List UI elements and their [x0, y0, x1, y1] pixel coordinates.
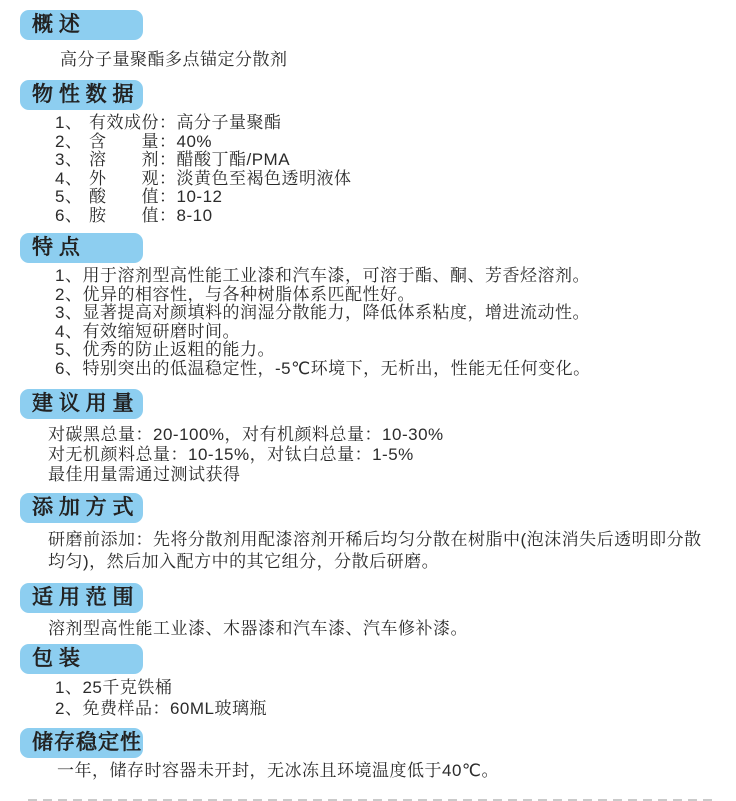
section-header-properties: 物 性 数 据: [20, 80, 143, 110]
section-header-overview: 概 述: [20, 10, 143, 40]
dosage-line: 对无机颜料总量：10-15%，对钛白总量：1-5%: [48, 445, 736, 465]
property-number: 5、: [55, 188, 89, 207]
section-header-packaging: 包 装: [20, 644, 143, 674]
addition-method-text: 研磨前添加：先将分散剂用配漆溶剂开稀后均匀分散在树脂中(泡沫消失后透明即分散 均…: [48, 529, 736, 573]
feature-item: 6、特别突出的低温稳定性，-5℃环境下，无析出，性能无任何变化。: [55, 360, 736, 379]
property-number: 4、: [55, 170, 89, 189]
property-value: 8-10: [177, 206, 213, 225]
property-label: 酸值: [89, 188, 159, 207]
property-row: 3、溶剂：醋酸丁酯/PMA: [55, 151, 736, 170]
property-colon: ：: [159, 113, 177, 132]
addition-line: 研磨前添加：先将分散剂用配漆溶剂开稀后均匀分散在树脂中(泡沫消失后透明即分散: [48, 529, 736, 551]
property-label: 溶剂: [89, 151, 159, 170]
section-header-features: 特 点: [20, 233, 143, 263]
section-header-application-range: 适 用 范 围: [20, 583, 143, 613]
section-header-dosage: 建 议 用 量: [20, 389, 143, 419]
property-colon: ：: [159, 206, 177, 225]
property-colon: ：: [159, 169, 177, 188]
storage-stability-text: 一年，储存时容器未开封，无冰冻且环境温度低于40℃。: [57, 761, 736, 781]
property-row: 4、外观：淡黄色至褐色透明液体: [55, 170, 736, 189]
property-value: 10-12: [177, 187, 223, 206]
property-number: 2、: [55, 133, 89, 152]
dosage-line: 最佳用量需通过测试获得: [48, 465, 736, 485]
property-label: 外观: [89, 170, 159, 189]
feature-item: 4、有效缩短研磨时间。: [55, 323, 736, 342]
dosage-text: 对碳黑总量：20-100%，对有机颜料总量：10-30% 对无机颜料总量：10-…: [48, 425, 736, 485]
feature-item: 2、优异的相容性，与各种树脂体系匹配性好。: [55, 286, 736, 305]
section-header-addition-method: 添 加 方 式: [20, 493, 143, 523]
packaging-line: 2、免费样品：60ML玻璃瓶: [55, 698, 736, 719]
property-label: 含量: [89, 133, 159, 152]
property-label: 胺值: [89, 207, 159, 226]
property-row: 1、有效成份：高分子量聚酯: [55, 114, 736, 133]
application-line: 溶剂型高性能工业漆、木器漆和汽车漆、汽车修补漆。: [48, 619, 736, 639]
property-colon: ：: [159, 187, 177, 206]
property-value: 醋酸丁酯/PMA: [177, 150, 291, 169]
product-datasheet: 概 述 高分子量聚酯多点锚定分散剂 物 性 数 据 1、有效成份：高分子量聚酯 …: [0, 0, 736, 801]
property-number: 3、: [55, 151, 89, 170]
feature-item: 3、显著提高对颜填料的润湿分散能力，降低体系粘度，增进流动性。: [55, 304, 736, 323]
properties-list: 1、有效成份：高分子量聚酯 2、含量：40% 3、溶剂：醋酸丁酯/PMA 4、外…: [55, 114, 736, 225]
property-number: 1、: [55, 114, 89, 133]
storage-line: 一年，储存时容器未开封，无冰冻且环境温度低于40℃。: [57, 761, 736, 781]
property-value: 淡黄色至褐色透明液体: [177, 169, 352, 188]
property-row: 2、含量：40%: [55, 133, 736, 152]
features-list: 1、用于溶剂型高性能工业漆和汽车漆，可溶于酯、酮、芳香烃溶剂。 2、优异的相容性…: [55, 267, 736, 378]
property-row: 5、酸值：10-12: [55, 188, 736, 207]
property-row: 6、胺值：8-10: [55, 207, 736, 226]
application-range-text: 溶剂型高性能工业漆、木器漆和汽车漆、汽车修补漆。: [48, 619, 736, 639]
property-colon: ：: [159, 132, 177, 151]
addition-line: 均匀)，然后加入配方中的其它组分，分散后研磨。: [48, 551, 736, 573]
feature-item: 1、用于溶剂型高性能工业漆和汽车漆，可溶于酯、酮、芳香烃溶剂。: [55, 267, 736, 286]
section-header-storage-stability: 储存稳定性: [20, 728, 143, 758]
property-value: 40%: [177, 132, 213, 151]
overview-text: 高分子量聚酯多点锚定分散剂: [60, 50, 736, 70]
property-colon: ：: [159, 150, 177, 169]
packaging-text: 1、25千克铁桶 2、免费样品：60ML玻璃瓶: [55, 677, 736, 719]
property-number: 6、: [55, 207, 89, 226]
property-value: 高分子量聚酯: [177, 113, 282, 132]
dosage-line: 对碳黑总量：20-100%，对有机颜料总量：10-30%: [48, 425, 736, 445]
property-label: 有效成份: [89, 114, 159, 133]
packaging-line: 1、25千克铁桶: [55, 677, 736, 698]
feature-item: 5、优秀的防止返粗的能力。: [55, 341, 736, 360]
